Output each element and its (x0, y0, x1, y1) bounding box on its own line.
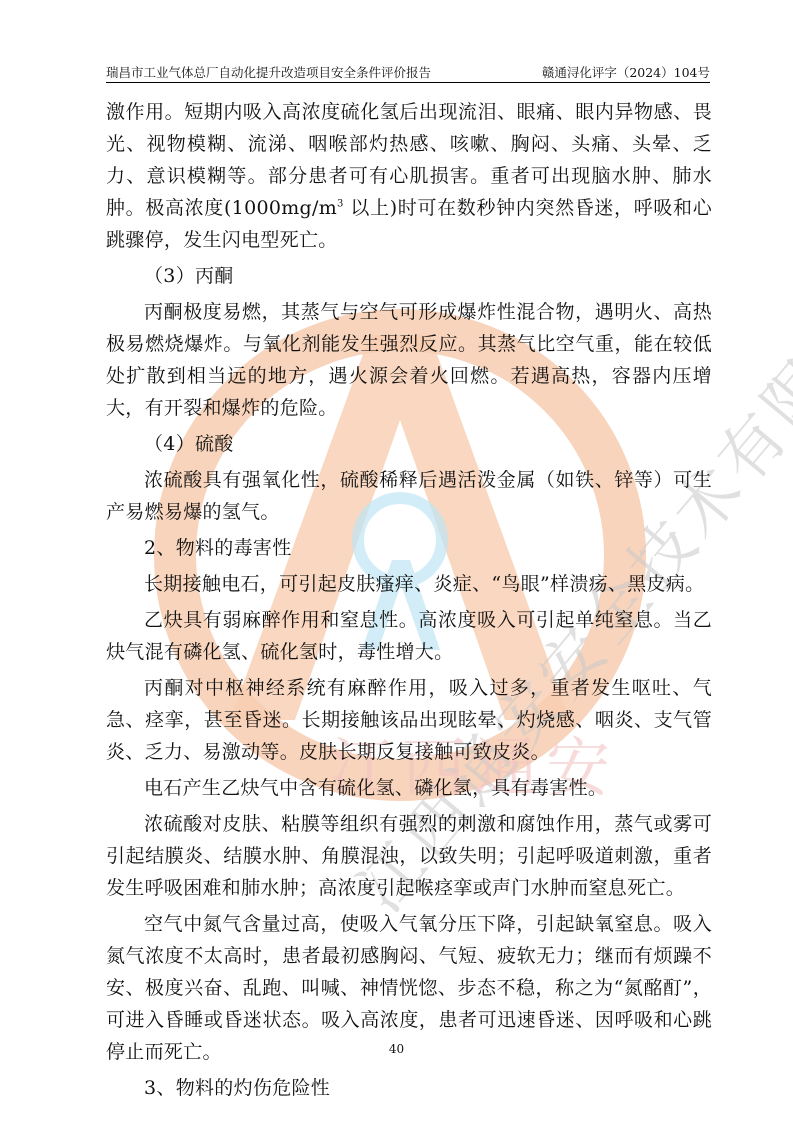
paragraph-acetone-toxicity: 丙酮对中枢神经系统有麻醉作用，吸入过多，重者发生呕吐、气急、痉挛，甚至昏迷。长期… (106, 672, 712, 768)
paragraph-sulfuric-toxicity: 浓硫酸对皮肤、粘膜等组织有强烈的刺激和腐蚀作用，蒸气或雾可引起结膜炎、结膜水肿、… (106, 808, 712, 904)
document-number: 赣通浔化评字（2024）104号 (542, 66, 710, 80)
concentration-value: (1000mg/m (224, 197, 337, 219)
heading-burn-hazard: 3、物料的灼伤危险性 (106, 1072, 712, 1104)
document-body: 激作用。短期内吸入高浓度硫化氢后出现流泪、眼痛、眼内异物感、畏光、视物模糊、流涕… (106, 96, 712, 1104)
report-title: 瑞昌市工业气体总厂自动化提升改造项目安全条件评价报告 (106, 66, 431, 80)
paragraph-sulfuric-acid: 浓硫酸具有强氧化性，硫酸稀释后遇活泼金属（如铁、锌等）可生产易燃易爆的氢气。 (106, 464, 712, 528)
heading-sulfuric-acid: （4）硫酸 (106, 428, 712, 460)
paragraph-carbide: 长期接触电石，可引起皮肤瘙痒、炎症、“鸟眼”样溃疡、黑皮病。 (106, 568, 712, 600)
paragraph-carbide-gas: 电石产生乙炔气中含有硫化氢、磷化氢，具有毒害性。 (106, 772, 712, 804)
heading-acetone: （3）丙酮 (106, 260, 712, 292)
paragraph-h2s-symptoms: 激作用。短期内吸入高浓度硫化氢后出现流泪、眼痛、眼内异物感、畏光、视物模糊、流涕… (106, 96, 712, 256)
heading-toxicity: 2、物料的毒害性 (106, 532, 712, 564)
page-number: 40 (0, 1042, 793, 1056)
page-header: 瑞昌市工业气体总厂自动化提升改造项目安全条件评价报告 赣通浔化评字（2024）1… (106, 66, 710, 83)
superscript: 3 (337, 199, 344, 210)
paragraph-acetone: 丙酮极度易燃，其蒸气与空气可形成爆炸性混合物，遇明火、高热极易燃烧爆炸。与氧化剂… (106, 296, 712, 424)
paragraph-acetylene: 乙炔具有弱麻醉作用和窒息性。高浓度吸入可引起单纯窒息。当乙炔气混有磷化氢、硫化氢… (106, 604, 712, 668)
